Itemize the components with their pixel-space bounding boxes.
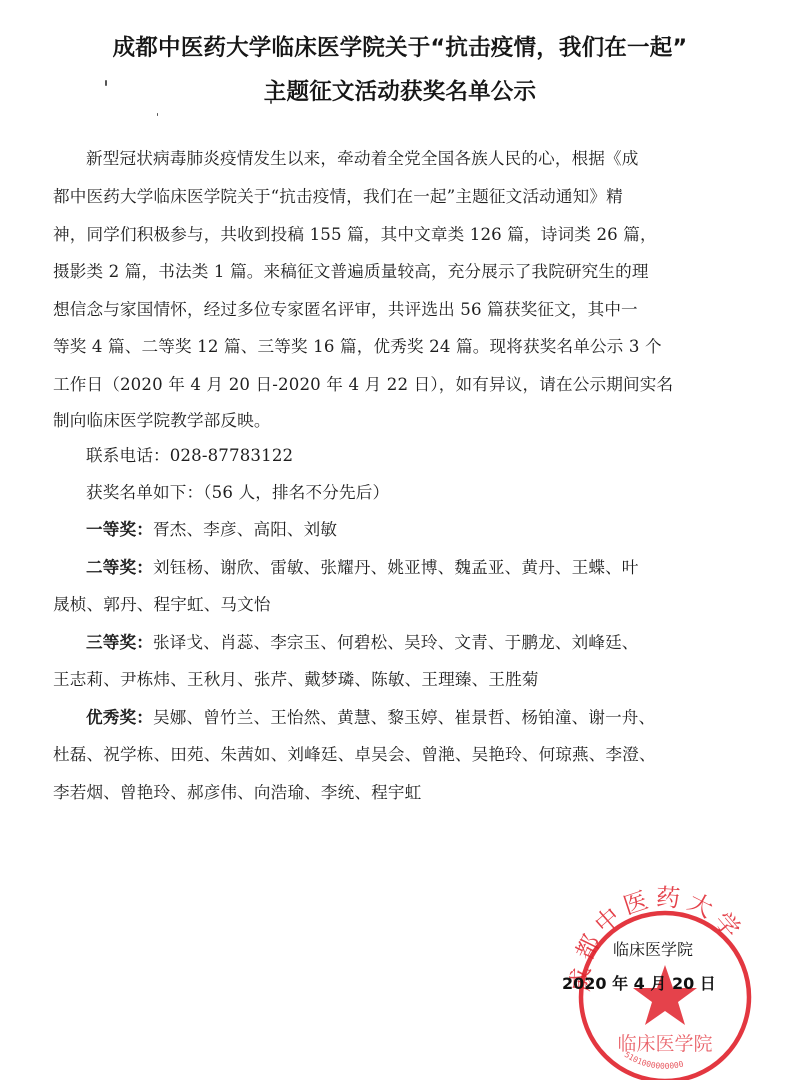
award-names: 杜磊、祝学栋、田苑、朱茜如、刘峰廷、卓吴会、曾滟、吴艳玲、何琼燕、李澄、 bbox=[53, 745, 753, 765]
award-names: 吴娜、曾竹兰、王怡然、黄慧、黎玉婷、崔景哲、杨铂潼、谢一舟、 bbox=[153, 708, 655, 727]
body-line: 工作日（2020 年 4 月 20 日-2020 年 4 月 22 日），如有异… bbox=[53, 375, 753, 395]
body-line: 神，同学们积极参与，共收到投稿 155 篇，其中文章类 126 篇，诗词类 26… bbox=[53, 225, 753, 245]
award-label: 二等奖： bbox=[86, 558, 153, 577]
body-line: 新型冠状病毒肺炎疫情发生以来，牵动着全党全国各族人民的心，根据《成 bbox=[86, 149, 786, 169]
award-label: 优秀奖： bbox=[86, 708, 153, 727]
award-names: 王志莉、尹栋炜、王秋月、张芹、戴梦璘、陈敏、王理臻、王胜菊 bbox=[53, 670, 753, 690]
body-line: 想信念与家国情怀，经过多位专家匿名评审，共评选出 56 篇获奖征文，其中一 bbox=[53, 300, 753, 320]
award-names: 张译戈、肖蕊、李宗玉、何碧松、吴玲、文青、于鹏龙、刘峰廷、 bbox=[153, 633, 639, 652]
body-line: 制向临床医学院教学部反映。 bbox=[53, 411, 753, 431]
award-label: 三等奖： bbox=[86, 633, 153, 652]
body-line: 摄影类 2 篇，书法类 1 篇。来稿征文普遍质量较高，充分展示了我院研究生的理 bbox=[53, 262, 753, 282]
scan-speck bbox=[157, 113, 158, 116]
award-label: 一等奖： bbox=[86, 520, 153, 539]
scan-speck bbox=[105, 80, 107, 86]
winners-intro: 获奖名单如下：（56 人，排名不分先后） bbox=[86, 483, 786, 503]
svg-text:临床医学院: 临床医学院 bbox=[617, 1033, 712, 1055]
scan-speck bbox=[270, 100, 272, 104]
document-title-line1: 成都中医药大学临床医学院关于“抗击疫情，我们在一起” bbox=[0, 30, 800, 62]
award-names: 李若烟、曾艳玲、郝彦伟、向浩瑜、李统、程宇虹 bbox=[53, 783, 753, 803]
signature-date: 2020 年 4 月 20 日 bbox=[562, 971, 716, 994]
contact-phone: 联系电话：028-87783122 bbox=[86, 446, 786, 466]
signature-org: 临床医学院 bbox=[613, 937, 693, 960]
body-line: 等奖 4 篇、二等奖 12 篇、三等奖 16 篇，优秀奖 24 篇。现将获奖名单… bbox=[53, 337, 753, 357]
body-line: 都中医药大学临床医学院关于“抗击疫情，我们在一起”主题征文活动通知》精 bbox=[53, 187, 753, 207]
document-title-line2: 主题征文活动获奖名单公示 bbox=[0, 74, 800, 106]
award-names: 晟桢、郭丹、程宇虹、马文怡 bbox=[53, 595, 753, 615]
award-names: 胥杰、李彦、高阳、刘敏 bbox=[153, 520, 337, 539]
award-names: 刘钰杨、谢欣、雷敏、张耀丹、姚亚博、魏孟亚、黄丹、王蝶、叶 bbox=[153, 558, 639, 577]
